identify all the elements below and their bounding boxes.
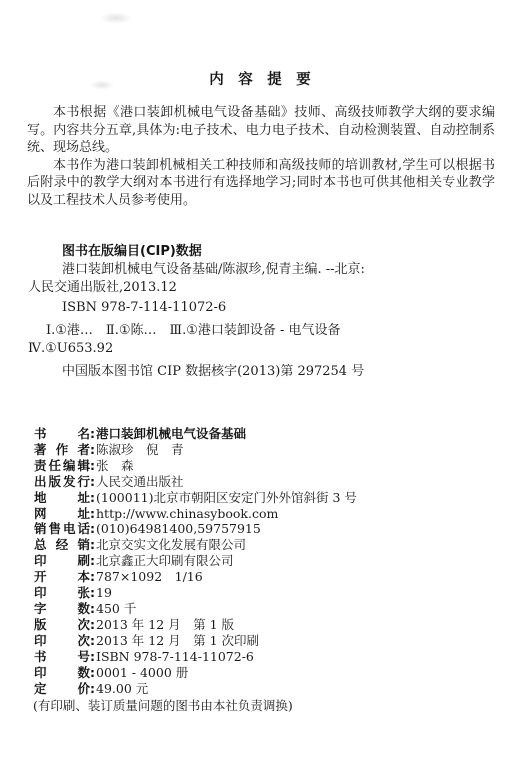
field-value: 北京交实文化发展有限公司	[96, 537, 246, 552]
field-colon: :	[90, 617, 95, 632]
field-label: 出版发行	[34, 474, 90, 490]
colophon-row-sales-phone: 销售电话:(010)64981400,59757915	[34, 521, 504, 537]
field-value: 49.00 元	[96, 681, 148, 696]
scan-smudge	[100, 12, 132, 24]
field-colon: :	[90, 521, 95, 536]
colophon-list: 书名:港口装卸机械电气设备基础 著作者:陈淑珍 倪 青 责任编辑:张 森 出版发…	[34, 426, 504, 696]
colophon-row-price: 定价:49.00 元	[34, 681, 504, 697]
content-summary-title: 内 容 提 要	[0, 70, 520, 90]
field-value: 19	[96, 585, 112, 600]
field-colon: :	[90, 681, 95, 696]
field-label: 书号	[34, 649, 90, 665]
field-colon: :	[90, 474, 95, 489]
field-label: 印刷	[34, 553, 90, 569]
field-label: 网址	[34, 506, 90, 522]
cip-heading: 图书在版编目(CIP)数据	[62, 243, 496, 261]
field-colon: :	[90, 633, 95, 648]
colophon-row-isbn: 书号:ISBN 978-7-114-11072-6	[34, 649, 504, 665]
colophon-row-word-count: 字数:450 千	[34, 601, 504, 617]
colophon-row-printer: 印刷:北京鑫正大印刷有限公司	[34, 553, 504, 569]
field-colon: :	[90, 458, 95, 473]
quality-exchange-note: (有印刷、装订质量问题的图书由本社负责调换)	[33, 698, 504, 714]
colophon-row-address: 地址:(100011)北京市朝阳区安定门外外馆斜街 3 号	[34, 490, 504, 506]
field-colon: :	[90, 442, 95, 457]
field-value: 2013 年 12 月 第 1 次印刷	[96, 633, 259, 648]
field-value: 0001 - 4000 册	[96, 665, 188, 680]
summary-paragraph-1: 本书根据《港口装卸机械电气设备基础》技师、高级技师教学大纲的要求编写。内容共分五…	[27, 104, 495, 157]
field-label: 地址	[34, 490, 90, 506]
field-label: 总经销	[34, 537, 90, 553]
field-value: ISBN 978-7-114-11072-6	[96, 649, 254, 664]
field-colon: :	[90, 553, 95, 568]
field-colon: :	[90, 537, 95, 552]
field-label: 字数	[34, 601, 90, 617]
field-label: 销售电话	[34, 521, 90, 537]
colophon-row-format: 开本:787×1092 1/16	[34, 569, 504, 585]
field-colon: :	[90, 490, 95, 505]
field-label: 印次	[34, 633, 90, 649]
field-colon: :	[90, 585, 95, 600]
field-label: 责任编辑	[34, 458, 90, 474]
field-label: 印张	[34, 585, 90, 601]
content-summary-body: 本书根据《港口装卸机械电气设备基础》技师、高级技师教学大纲的要求编写。内容共分五…	[27, 104, 495, 209]
cip-registry-number: 中国版本图书馆 CIP 数据核字(2013)第 297254 号	[62, 363, 496, 381]
field-value: (100011)北京市朝阳区安定门外外馆斜街 3 号	[96, 490, 357, 505]
field-label: 书名	[34, 426, 90, 442]
field-value: 北京鑫正大印刷有限公司	[96, 553, 234, 568]
field-value: 2013 年 12 月 第 1 版	[96, 617, 234, 632]
colophon-row-book-title: 书名:港口装卸机械电气设备基础	[34, 426, 504, 442]
field-label: 定价	[34, 681, 90, 697]
field-value: 港口装卸机械电气设备基础	[96, 426, 246, 441]
field-value: 陈淑珍 倪 青	[96, 442, 184, 457]
field-value: 张 森	[96, 458, 134, 473]
field-value: (010)64981400,59757915	[96, 521, 261, 536]
colophon-row-publisher: 出版发行:人民交通出版社	[34, 474, 504, 490]
colophon-row-print-run: 印数:0001 - 4000 册	[34, 665, 504, 681]
field-colon: :	[90, 426, 95, 441]
colophon-row-impression: 印次:2013 年 12 月 第 1 次印刷	[34, 633, 504, 649]
field-label: 开本	[34, 569, 90, 585]
field-value: 787×1092 1/16	[96, 569, 203, 584]
field-value: 人民交通出版社	[96, 474, 184, 489]
cip-classification-line2: Ⅳ.①U653.92	[28, 340, 496, 358]
field-colon: :	[90, 649, 95, 664]
field-label: 著作者	[34, 442, 90, 458]
field-value: 450 千	[96, 601, 136, 616]
book-copyright-page: 内 容 提 要 本书根据《港口装卸机械电气设备基础》技师、高级技师教学大纲的要求…	[0, 0, 520, 782]
colophon-row-editor: 责任编辑:张 森	[34, 458, 504, 474]
cip-data-block: 图书在版编目(CIP)数据 港口装卸机械电气设备基础/陈淑珍,倪青主编. --北…	[28, 243, 496, 381]
field-colon: :	[90, 506, 95, 521]
field-label: 印数	[34, 665, 90, 681]
field-colon: :	[90, 569, 95, 584]
cip-record-line1: 港口装卸机械电气设备基础/陈淑珍,倪青主编. --北京:	[62, 261, 496, 279]
colophon-row-sheets: 印张:19	[34, 585, 504, 601]
colophon-row-distributor: 总经销:北京交实文化发展有限公司	[34, 537, 504, 553]
summary-paragraph-2: 本书作为港口装卸机械相关工种技师和高级技师的培训教材,学生可以根据书后附录中的教…	[27, 157, 495, 210]
cip-isbn: ISBN 978-7-114-11072-6	[62, 299, 496, 317]
cip-record-line2: 人民交通出版社,2013.12	[28, 279, 496, 297]
field-label: 版次	[34, 617, 90, 633]
cip-classification-line1: Ⅰ.①港… Ⅱ.①陈… Ⅲ.①港口装卸设备 - 电气设备	[46, 322, 496, 340]
colophon-row-website: 网址:http://www.chinasybook.com	[34, 506, 504, 522]
field-colon: :	[90, 665, 95, 680]
colophon-row-edition: 版次:2013 年 12 月 第 1 版	[34, 617, 504, 633]
field-value: http://www.chinasybook.com	[96, 506, 278, 521]
field-colon: :	[90, 601, 95, 616]
colophon-row-authors: 著作者:陈淑珍 倪 青	[34, 442, 504, 458]
